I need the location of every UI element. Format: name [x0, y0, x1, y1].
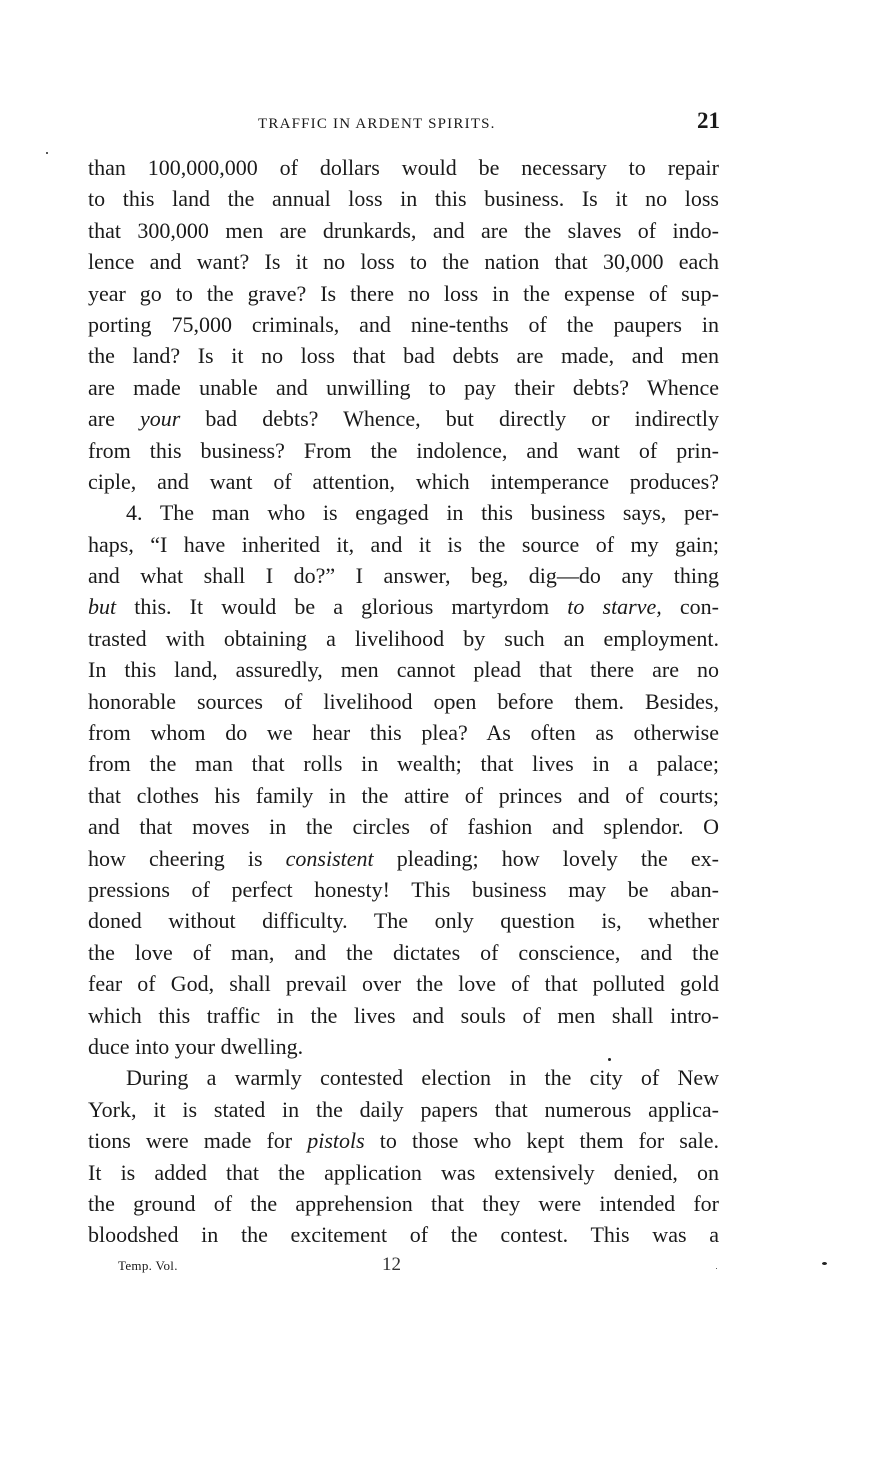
line-text: how cheering is	[88, 846, 286, 871]
line-text: duce into your dwelling.	[88, 1034, 303, 1059]
text-line: the ground of the apprehension that they…	[88, 1188, 719, 1219]
text-line: York, it is stated in the daily papers t…	[88, 1094, 719, 1125]
running-header: TRAFFIC IN ARDENT SPIRITS. 21	[88, 108, 720, 142]
text-line: In this land, assuredly, men cannot plea…	[88, 654, 719, 685]
line-text: from this business? From the indolence, …	[88, 438, 719, 463]
text-line: which this traffic in the lives and soul…	[88, 1000, 719, 1031]
line-text: During a warmly contested election in th…	[126, 1065, 719, 1090]
line-text: York, it is stated in the daily papers t…	[88, 1097, 719, 1122]
body-text: than 100,000,000 of dollars would be nec…	[88, 152, 719, 1251]
line-text: are	[88, 406, 140, 431]
text-line: the land? Is it no loss that bad debts a…	[88, 340, 719, 371]
line-text: to those who kept them for sale.	[365, 1128, 719, 1153]
scan-speck	[716, 1268, 717, 1269]
text-line: lence and want? Is it no loss to the nat…	[88, 246, 719, 277]
italic-emphasis: pistols	[307, 1128, 364, 1153]
text-line: from whom do we hear this plea? As often…	[88, 717, 719, 748]
text-line: than 100,000,000 of dollars would be nec…	[88, 152, 719, 183]
line-text: to this land the annual loss in this bus…	[88, 186, 719, 211]
line-text: honorable sources of livelihood open bef…	[88, 689, 719, 714]
paragraph-end-line: duce into your dwelling.	[88, 1031, 719, 1062]
line-text: are made unable and unwilling to pay the…	[88, 375, 719, 400]
text-line: year go to the grave? Is there no loss i…	[88, 278, 719, 309]
text-line: bloodshed in the excitement of the conte…	[88, 1219, 719, 1250]
text-line: ciple, and want of attention, which inte…	[88, 466, 719, 497]
text-line: and that moves in the circles of fashion…	[88, 811, 719, 842]
line-text: ciple, and want of attention, which inte…	[88, 469, 719, 494]
text-line: haps, “I have inherited it, and it is th…	[88, 529, 719, 560]
line-text: that 300,000 men are drunkards, and are …	[88, 218, 719, 243]
line-text: doned without difficulty. The only quest…	[88, 908, 719, 933]
line-text: the ground of the apprehension that they…	[88, 1191, 719, 1216]
line-text: fear of God, shall prevail over the love…	[88, 971, 719, 996]
text-line: trasted with obtaining a livelihood by s…	[88, 623, 719, 654]
line-text: year go to the grave? Is there no loss i…	[88, 281, 719, 306]
line-text: the love of man, and the dictates of con…	[88, 940, 719, 965]
line-text: con-	[662, 594, 719, 619]
text-line: porting 75,000 criminals, and nine-tenth…	[88, 309, 719, 340]
line-text: haps, “I have inherited it, and it is th…	[88, 532, 719, 557]
italic-emphasis: to starve,	[567, 594, 662, 619]
line-text: which this traffic in the lives and soul…	[88, 1003, 719, 1028]
text-line: doned without difficulty. The only quest…	[88, 905, 719, 936]
text-line: are made unable and unwilling to pay the…	[88, 372, 719, 403]
text-line: fear of God, shall prevail over the love…	[88, 968, 719, 999]
line-text: porting 75,000 criminals, and nine-tenth…	[88, 312, 719, 337]
text-line: the love of man, and the dictates of con…	[88, 937, 719, 968]
text-line: pressions of perfect honesty! This busin…	[88, 874, 719, 905]
page-footer: Temp. Vol. 12	[118, 1258, 738, 1282]
line-text: this. It would be a glorious martyrdom	[116, 594, 567, 619]
line-text: bad debts? Whence, but directly or indir…	[180, 406, 719, 431]
line-text: It is added that the application was ext…	[88, 1160, 719, 1185]
text-line: how cheering is consistent pleading; how…	[88, 843, 719, 874]
line-text: 4. The man who is engaged in this busine…	[126, 500, 719, 525]
signature-number: 12	[382, 1254, 401, 1276]
line-text: than 100,000,000 of dollars would be nec…	[88, 155, 719, 180]
line-text: and what shall I do?” I answer, beg, dig…	[88, 563, 719, 588]
text-line: but this. It would be a glorious martyrd…	[88, 591, 719, 622]
text-line: from the man that rolls in wealth; that …	[88, 748, 719, 779]
line-text: pleading; how lovely the ex-	[374, 846, 719, 871]
book-page: TRAFFIC IN ARDENT SPIRITS. 21 than 100,0…	[0, 0, 888, 1475]
scan-speck	[822, 1262, 827, 1265]
running-title: TRAFFIC IN ARDENT SPIRITS.	[258, 116, 496, 133]
text-line: and what shall I do?” I answer, beg, dig…	[88, 560, 719, 591]
line-text: from the man that rolls in wealth; that …	[88, 751, 719, 776]
signature-mark: Temp. Vol.	[118, 1258, 178, 1274]
page-number: 21	[697, 108, 720, 134]
line-text: from whom do we hear this plea? As often…	[88, 720, 719, 745]
text-line: to this land the annual loss in this bus…	[88, 183, 719, 214]
line-text: pressions of perfect honesty! This busin…	[88, 877, 719, 902]
scan-speck	[608, 1058, 611, 1061]
text-line: are your bad debts? Whence, but directly…	[88, 403, 719, 434]
line-text: and that moves in the circles of fashion…	[88, 814, 719, 839]
text-line: tions were made for pistols to those who…	[88, 1125, 719, 1156]
text-line: that clothes his family in the attire of…	[88, 780, 719, 811]
italic-emphasis: your	[140, 406, 180, 431]
line-text: In this land, assuredly, men cannot plea…	[88, 657, 719, 682]
line-text: tions were made for	[88, 1128, 307, 1153]
paragraph-start-line: During a warmly contested election in th…	[88, 1062, 719, 1093]
italic-emphasis: but	[88, 594, 116, 619]
scan-speck	[46, 152, 48, 154]
text-line: that 300,000 men are drunkards, and are …	[88, 215, 719, 246]
line-text: the land? Is it no loss that bad debts a…	[88, 343, 719, 368]
paragraph-start-line: 4. The man who is engaged in this busine…	[88, 497, 719, 528]
line-text: lence and want? Is it no loss to the nat…	[88, 249, 719, 274]
line-text: trasted with obtaining a livelihood by s…	[88, 626, 719, 651]
line-text: that clothes his family in the attire of…	[88, 783, 719, 808]
italic-emphasis: consistent	[286, 846, 374, 871]
text-line: from this business? From the indolence, …	[88, 435, 719, 466]
text-line: honorable sources of livelihood open bef…	[88, 686, 719, 717]
line-text: bloodshed in the excitement of the conte…	[88, 1222, 719, 1247]
text-line: It is added that the application was ext…	[88, 1157, 719, 1188]
